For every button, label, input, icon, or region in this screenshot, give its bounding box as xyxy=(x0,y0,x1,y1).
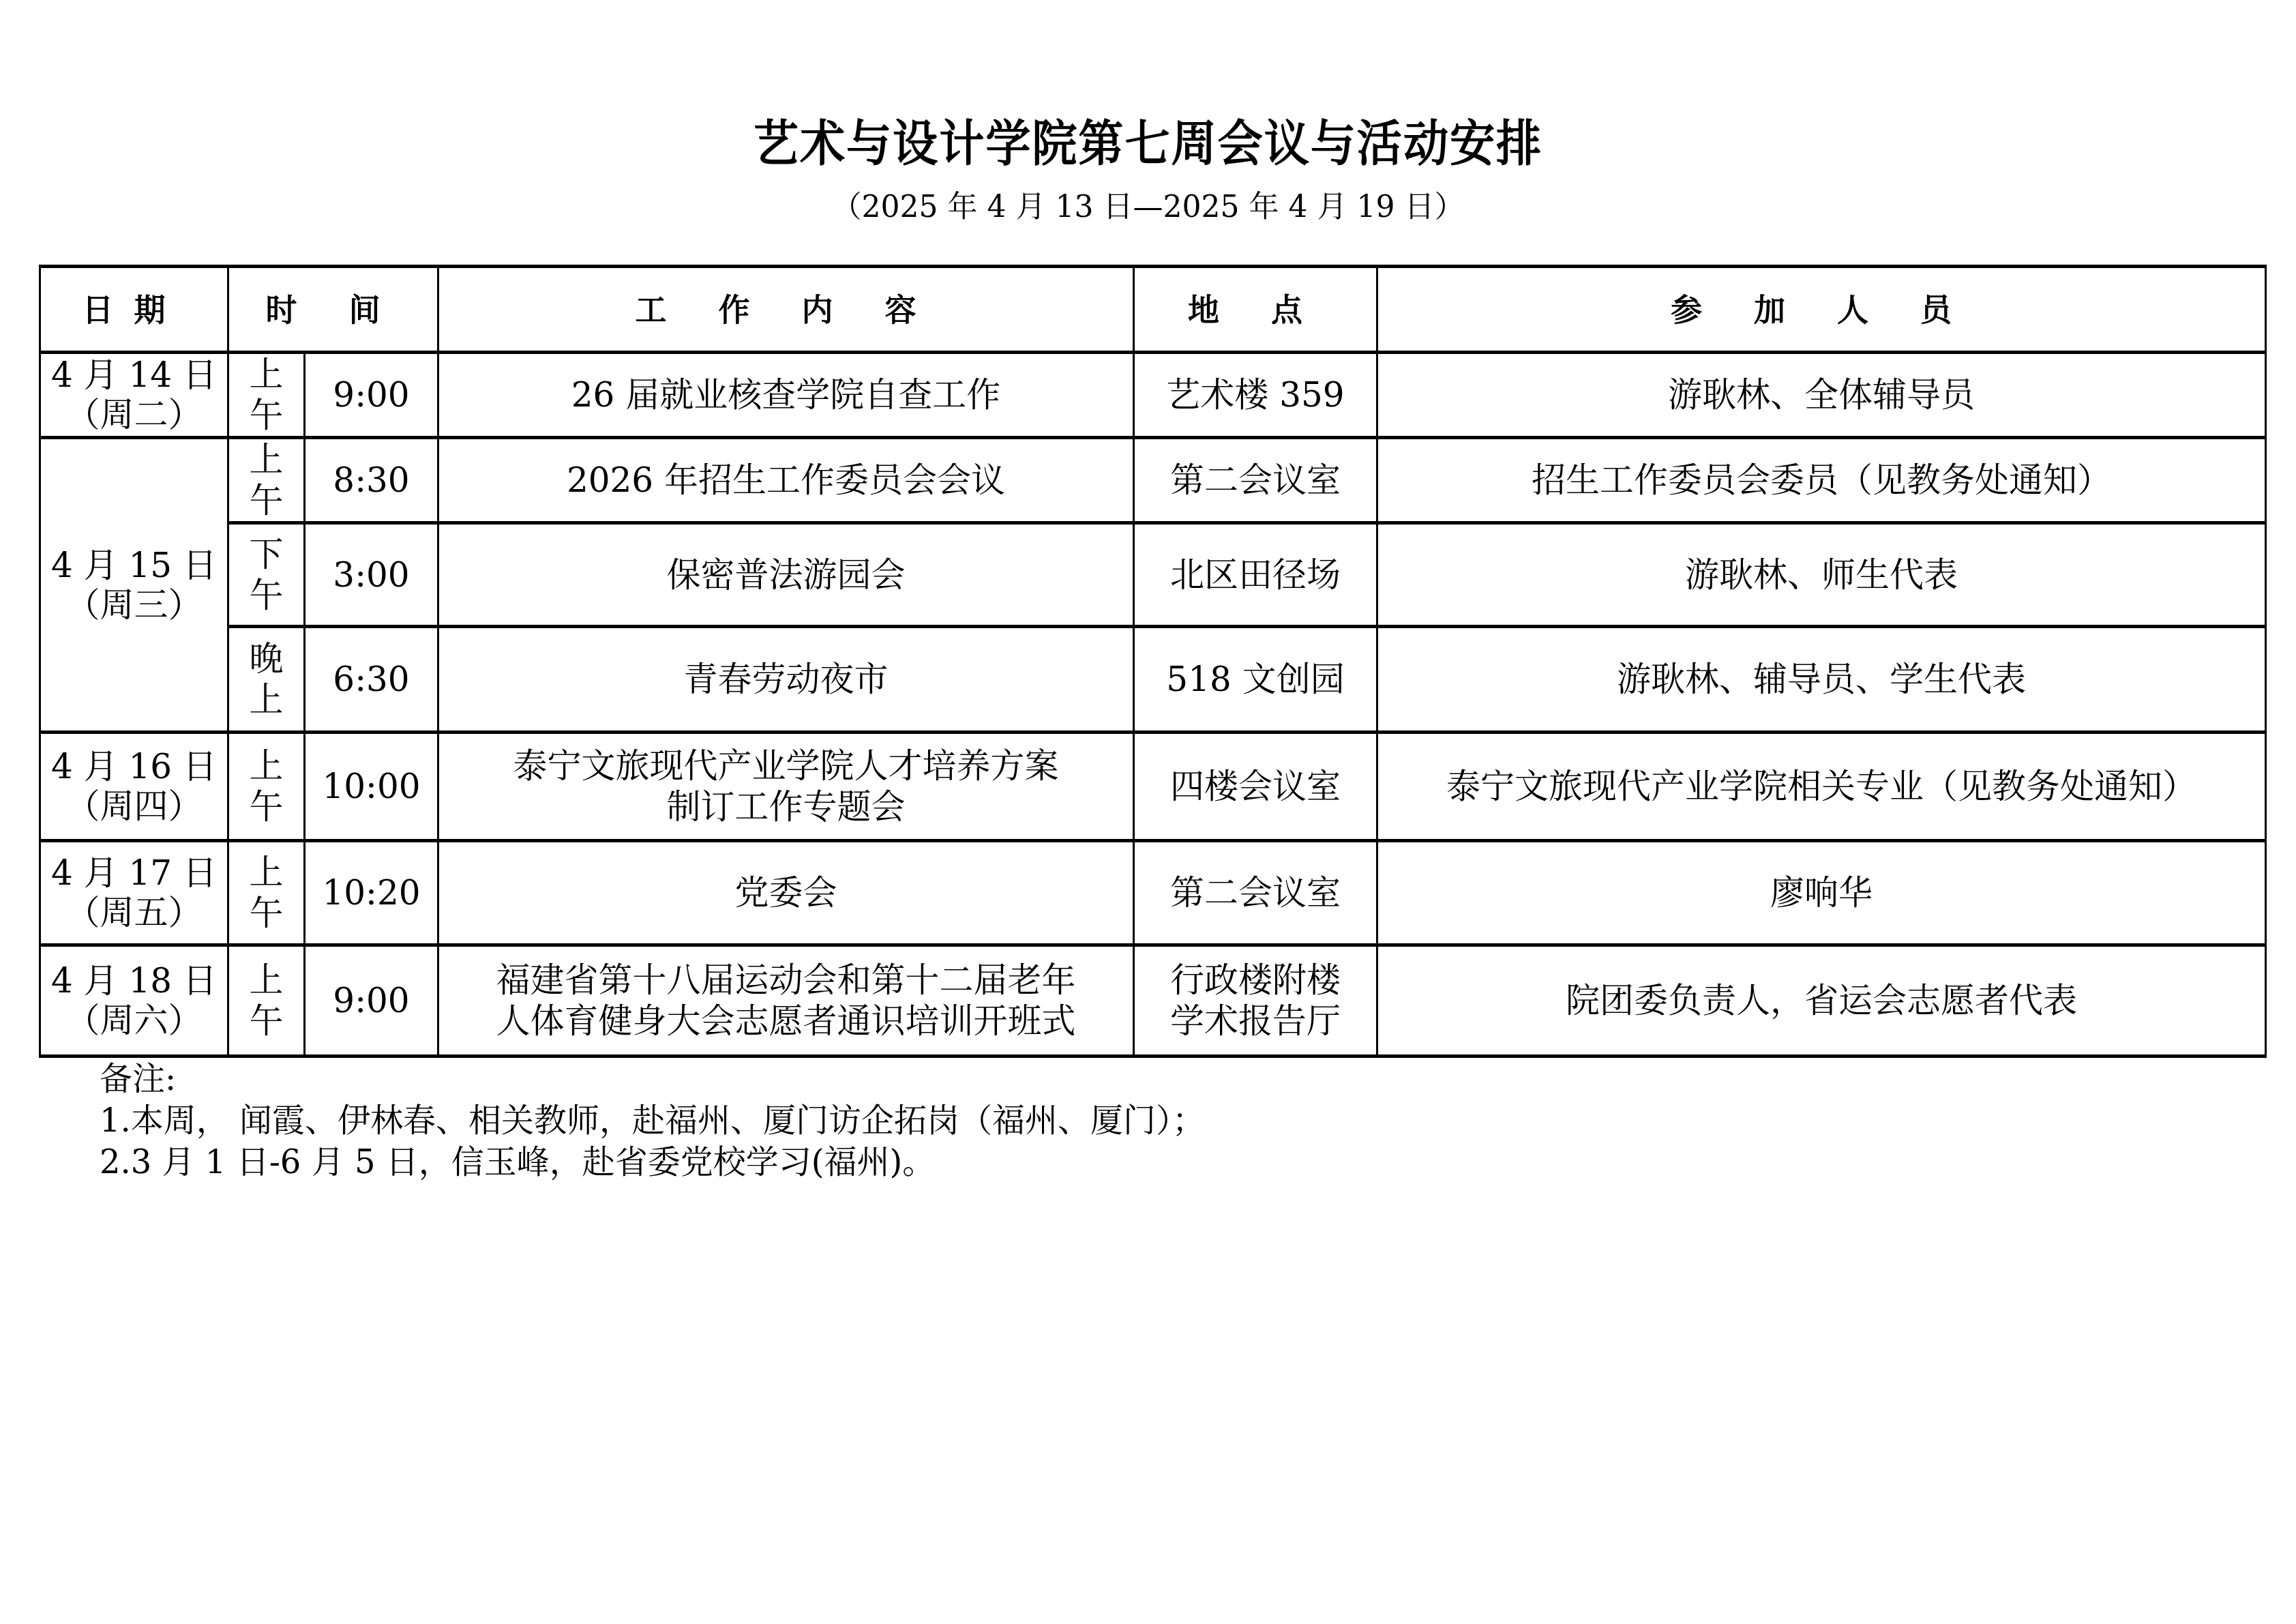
note-item: 1.本周， 闻霞、伊林春、相关教师，赴福州、厦门访企拓岗（福州、厦门）； xyxy=(100,1100,1205,1142)
content-cell: 2026 年招生工作委员会会议 xyxy=(438,438,1134,523)
content-text: 泰宁文旅现代产业学院人才培养方案 xyxy=(439,745,1133,786)
date-text: 4 月 16 日 xyxy=(41,747,227,786)
period-cell: 下 午 xyxy=(228,523,305,627)
attendees-cell: 廖响华 xyxy=(1377,841,2266,945)
time-cell: 3:00 xyxy=(305,523,438,627)
date-cell: 4 月 17 日 （周五） xyxy=(40,841,228,945)
period-cell: 上 午 xyxy=(228,353,305,438)
period-char: 上 xyxy=(229,852,303,893)
location-text: 第二会议室 xyxy=(1170,460,1341,500)
weekday-text: （周五） xyxy=(41,893,227,932)
attendees-cell: 游耿林、师生代表 xyxy=(1377,523,2266,627)
content-cell: 党委会 xyxy=(438,841,1134,945)
period-char: 下 xyxy=(229,534,303,575)
header-attendees: 参 加 人 员 xyxy=(1377,267,2266,353)
location-text: 518 文创园 xyxy=(1166,660,1344,699)
content-text: 制订工作专题会 xyxy=(439,786,1133,827)
time-cell: 9:00 xyxy=(305,945,438,1057)
table-row: 下 午 3:00 保密普法游园会 北区田径场 游耿林、师生代表 xyxy=(40,523,2266,627)
period-cell: 上 午 xyxy=(228,841,305,945)
period-char: 上 xyxy=(229,679,303,720)
location-text: 四楼会议室 xyxy=(1170,767,1341,806)
content-text: 人体育健身大会志愿者通识培训开班式 xyxy=(439,1001,1133,1042)
table-header-row: 日期 时 间 工 作 内 容 地 点 参 加 人 员 xyxy=(40,267,2266,353)
period-char: 午 xyxy=(229,893,303,934)
notes-heading: 备注: xyxy=(100,1059,1205,1100)
period-char: 午 xyxy=(229,1001,303,1042)
time-cell: 9:00 xyxy=(305,353,438,438)
content-cell: 泰宁文旅现代产业学院人才培养方案 制订工作专题会 xyxy=(438,733,1134,841)
table-row: 4 月 15 日 （周三） 上 午 8:30 2026 年招生工作委员会会议 第… xyxy=(40,438,2266,523)
period-cell: 上 午 xyxy=(228,945,305,1057)
date-cell: 4 月 15 日 （周三） xyxy=(40,438,228,733)
content-cell: 保密普法游园会 xyxy=(438,523,1134,627)
attendees-cell: 院团委负责人，省运会志愿者代表 xyxy=(1377,945,2266,1057)
table-row: 晚 上 6:30 青春劳动夜市 518 文创园 游耿林、辅导员、学生代表 xyxy=(40,627,2266,733)
content-text: 26 届就业核查学院自查工作 xyxy=(571,375,1001,415)
header-content: 工 作 内 容 xyxy=(438,267,1134,353)
time-cell: 8:30 xyxy=(305,438,438,523)
header-time: 时 间 xyxy=(228,267,438,353)
period-char: 晚 xyxy=(229,638,303,679)
period-cell: 晚 上 xyxy=(228,627,305,733)
location-text: 学术报告厅 xyxy=(1135,1001,1376,1042)
content-cell: 青春劳动夜市 xyxy=(438,627,1134,733)
content-text: 福建省第十八届运动会和第十二届老年 xyxy=(439,960,1133,1001)
attendees-cell: 游耿林、全体辅导员 xyxy=(1377,353,2266,438)
weekday-text: （周三） xyxy=(41,585,227,625)
attendees-cell: 泰宁文旅现代产业学院相关专业（见教务处通知） xyxy=(1377,733,2266,841)
content-text: 青春劳动夜市 xyxy=(684,660,889,699)
location-cell: 四楼会议室 xyxy=(1134,733,1377,841)
content-text: 党委会 xyxy=(735,873,837,913)
table-row: 4 月 16 日 （周四） 上 午 10:00 泰宁文旅现代产业学院人才培养方案… xyxy=(40,733,2266,841)
time-cell: 10:20 xyxy=(305,841,438,945)
date-range-subtitle: （2025 年 4 月 13 日—2025 年 4 月 19 日） xyxy=(0,188,2296,226)
note-item: 2.3 月 1 日-6 月 5 日，信玉峰，赴省委党校学习(福州)。 xyxy=(100,1142,1205,1183)
location-cell: 第二会议室 xyxy=(1134,438,1377,523)
date-text: 4 月 14 日 xyxy=(41,355,227,395)
period-cell: 上 午 xyxy=(228,733,305,841)
period-cell: 上 午 xyxy=(228,438,305,523)
location-cell: 行政楼附楼 学术报告厅 xyxy=(1134,945,1377,1057)
location-cell: 北区田径场 xyxy=(1134,523,1377,627)
location-cell: 518 文创园 xyxy=(1134,627,1377,733)
date-text: 4 月 17 日 xyxy=(41,853,227,893)
location-text: 艺术楼 359 xyxy=(1166,375,1344,415)
date-cell: 4 月 18 日 （周六） xyxy=(40,945,228,1057)
weekday-text: （周四） xyxy=(41,786,227,826)
content-cell: 福建省第十八届运动会和第十二届老年 人体育健身大会志愿者通识培训开班式 xyxy=(438,945,1134,1057)
period-char: 午 xyxy=(229,575,303,616)
period-char: 上 xyxy=(229,354,303,395)
notes-section: 备注: 1.本周， 闻霞、伊林春、相关教师，赴福州、厦门访企拓岗（福州、厦门）；… xyxy=(100,1059,1205,1183)
date-cell: 4 月 14 日 （周二） xyxy=(40,353,228,438)
table-row: 4 月 17 日 （周五） 上 午 10:20 党委会 第二会议室 廖响华 xyxy=(40,841,2266,945)
header-location: 地 点 xyxy=(1134,267,1377,353)
document-title: 艺术与设计学院第七周会议与活动安排 xyxy=(92,113,2205,174)
location-text: 北区田径场 xyxy=(1170,555,1341,595)
period-char: 午 xyxy=(229,786,303,827)
table-row: 4 月 18 日 （周六） 上 午 9:00 福建省第十八届运动会和第十二届老年… xyxy=(40,945,2266,1057)
date-text: 4 月 18 日 xyxy=(41,961,227,1001)
period-char: 上 xyxy=(229,745,303,786)
period-char: 上 xyxy=(229,439,303,480)
time-cell: 10:00 xyxy=(305,733,438,841)
attendees-cell: 招生工作委员会委员（见教务处通知） xyxy=(1377,438,2266,523)
location-text: 第二会议室 xyxy=(1170,873,1341,913)
content-text: 2026 年招生工作委员会会议 xyxy=(567,460,1005,500)
weekday-text: （周二） xyxy=(41,395,227,434)
attendees-cell: 游耿林、辅导员、学生代表 xyxy=(1377,627,2266,733)
content-text: 保密普法游园会 xyxy=(667,555,906,595)
date-cell: 4 月 16 日 （周四） xyxy=(40,733,228,841)
header-date: 日期 xyxy=(40,267,228,353)
period-char: 上 xyxy=(229,960,303,1001)
table-row: 4 月 14 日 （周二） 上 午 9:00 26 届就业核查学院自查工作 艺术… xyxy=(40,353,2266,438)
time-cell: 6:30 xyxy=(305,627,438,733)
location-cell: 艺术楼 359 xyxy=(1134,353,1377,438)
weekday-text: （周六） xyxy=(41,1001,227,1040)
location-cell: 第二会议室 xyxy=(1134,841,1377,945)
period-char: 午 xyxy=(229,395,303,436)
content-cell: 26 届就业核查学院自查工作 xyxy=(438,353,1134,438)
period-char: 午 xyxy=(229,480,303,521)
schedule-table: 日期 时 间 工 作 内 容 地 点 参 加 人 员 4 月 14 日 （周二）… xyxy=(39,265,2267,1058)
location-text: 行政楼附楼 xyxy=(1135,960,1376,1001)
date-text: 4 月 15 日 xyxy=(41,546,227,585)
